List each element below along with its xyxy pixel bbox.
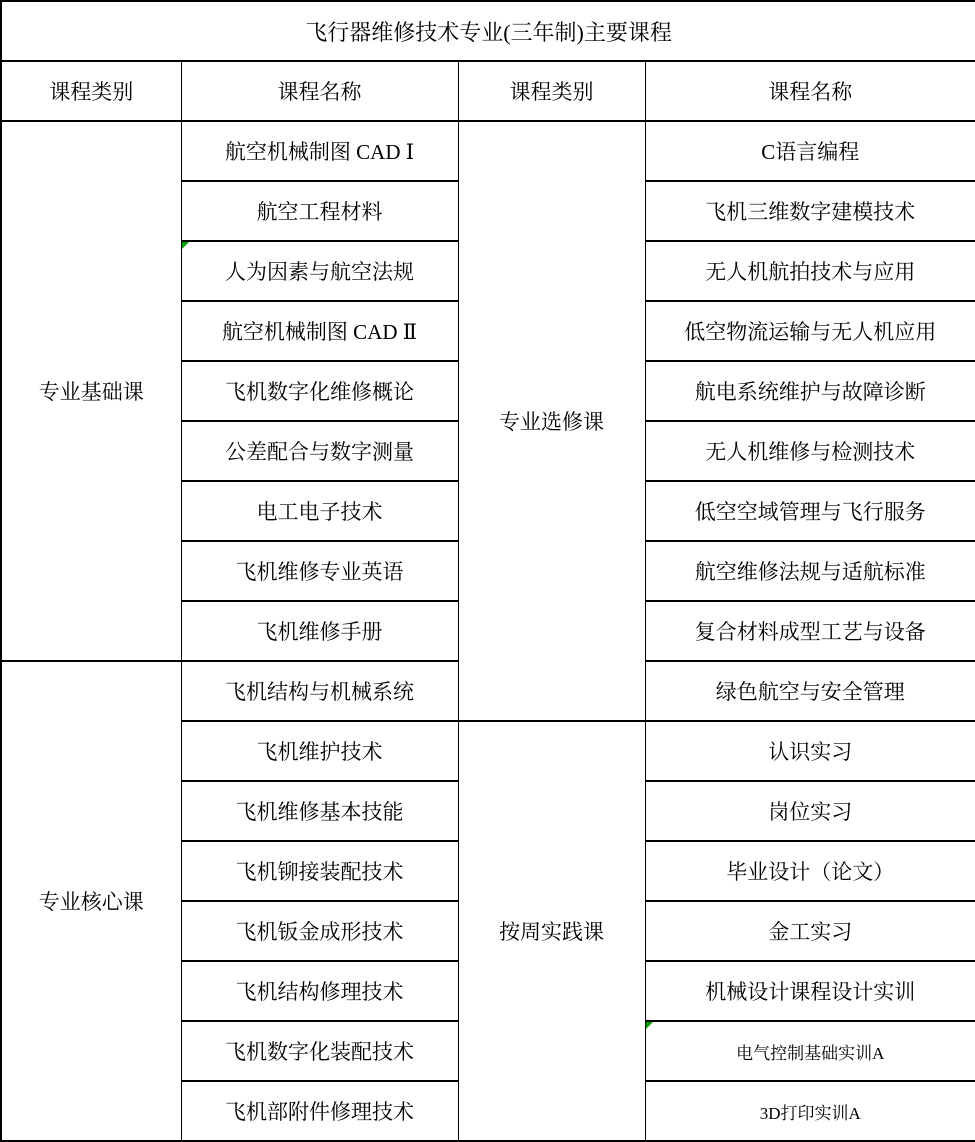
table-row: 课程类别 课程名称 课程类别 课程名称 [1,61,975,121]
course-cell: 机械设计课程设计实训 [645,961,975,1021]
course-label: 电气控制基础实训A [736,1044,884,1063]
course-cell: 航空机械制图 CAD Ⅰ [181,121,458,181]
error-indicator-icon [182,242,189,249]
category-cell-elective-courses: 专业选修课 [458,121,645,721]
course-cell: 飞机结构修理技术 [181,961,458,1021]
course-cell: 飞机三维数字建模技术 [645,181,975,241]
course-cell: 人为因素与航空法规 [181,241,458,301]
course-cell: 飞机数字化装配技术 [181,1021,458,1081]
course-cell: 无人机航拍技术与应用 [645,241,975,301]
course-cell: 飞机铆接装配技术 [181,841,458,901]
course-cell: 复合材料成型工艺与设备 [645,601,975,661]
course-cell: 飞机维修手册 [181,601,458,661]
course-cell: 飞机维护技术 [181,721,458,781]
course-cell: 岗位实习 [645,781,975,841]
category-cell-core-courses: 专业核心课 [1,661,181,1141]
course-cell: 无人机维修与检测技术 [645,421,975,481]
course-label: 人为因素与航空法规 [225,260,414,284]
table-row: 专业基础课 航空机械制图 CAD Ⅰ 专业选修课 C语言编程 [1,121,975,181]
course-cell: 毕业设计（论文） [645,841,975,901]
curriculum-table: 飞行器维修技术专业(三年制)主要课程 课程类别 课程名称 课程类别 课程名称 专… [0,0,975,1142]
course-cell: 航空机械制图 CAD Ⅱ [181,301,458,361]
course-cell: 飞机维修基本技能 [181,781,458,841]
header-course-name-right: 课程名称 [645,61,975,121]
course-cell: 电工电子技术 [181,481,458,541]
course-cell: 飞机维修专业英语 [181,541,458,601]
table-row: 飞行器维修技术专业(三年制)主要课程 [1,1,975,61]
course-cell: 金工实习 [645,901,975,961]
course-cell: 航空工程材料 [181,181,458,241]
header-course-name-left: 课程名称 [181,61,458,121]
course-cell: 飞机部附件修理技术 [181,1081,458,1141]
category-cell-basic-courses: 专业基础课 [1,121,181,661]
course-cell: 电气控制基础实训A [645,1021,975,1081]
course-cell: 航电系统维护与故障诊断 [645,361,975,421]
course-cell: 低空物流运输与无人机应用 [645,301,975,361]
course-cell: 低空空域管理与飞行服务 [645,481,975,541]
course-cell: 绿色航空与安全管理 [645,661,975,721]
category-cell-weekly-practice-courses: 按周实践课 [458,721,645,1141]
course-cell: 飞机钣金成形技术 [181,901,458,961]
course-cell: 航空维修法规与适航标准 [645,541,975,601]
course-cell: 飞机数字化维修概论 [181,361,458,421]
header-course-category-left: 课程类别 [1,61,181,121]
course-cell: 认识实习 [645,721,975,781]
header-course-category-right: 课程类别 [458,61,645,121]
course-cell: 飞机结构与机械系统 [181,661,458,721]
course-cell: 公差配合与数字测量 [181,421,458,481]
course-cell: 3D打印实训A [645,1081,975,1141]
course-cell: C语言编程 [645,121,975,181]
error-indicator-icon [646,1022,653,1029]
table-title: 飞行器维修技术专业(三年制)主要课程 [1,1,975,61]
